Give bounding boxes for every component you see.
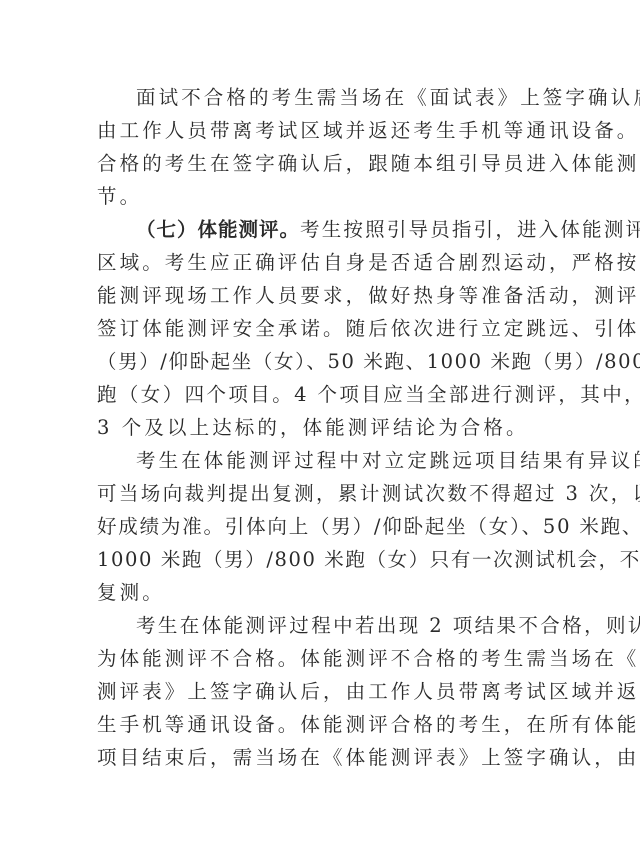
text-line: 为体能测评不合格。体能测评不合格的考生需当场在《体能 [97, 643, 547, 675]
subsection-line: （七）体能测评。考生按照引导员指引，进入体能测评 [136, 214, 547, 246]
text-line: 好成绩为准。引体向上（男）/仰卧起坐（女）、50 米跑、 [97, 511, 547, 543]
text-line: 面试不合格的考生需当场在《面试表》上签字确认后， [136, 82, 547, 114]
text-line: 区域。考生应正确评估自身是否适合剧烈运动，严格按照体 [97, 247, 547, 279]
text-line: 可当场向裁判提出复测，累计测试次数不得超过 3 次，以最 [97, 478, 547, 510]
text-line: 3 个及以上达标的，体能测评结论为合格。 [97, 412, 547, 444]
text-line: 跑（女）四个项目。4 个项目应当全部进行测评，其中，有 [97, 379, 547, 411]
text-line: 生手机等通讯设备。体能测评合格的考生，在所有体能测评 [97, 709, 547, 741]
text-line: 由工作人员带离考试区域并返还考生手机等通讯设备。面试 [97, 115, 547, 147]
subsection-title: （七）体能测评。 [136, 218, 300, 241]
document-page: 面试不合格的考生需当场在《面试表》上签字确认后， 由工作人员带离考试区域并返还考… [0, 0, 640, 864]
text-line: 考生在体能测评过程中对立定跳远项目结果有异议的， [136, 445, 547, 477]
text-line: 节。 [97, 181, 547, 213]
text-line: 签订体能测评安全承诺。随后依次进行立定跳远、引体向上 [97, 313, 547, 345]
text-line: 项目结束后，需当场在《体能测评表》上签字确认，由工作 [97, 742, 547, 774]
text-line: 测评表》上签字确认后，由工作人员带离考试区域并返还考 [97, 676, 547, 708]
text-line: 能测评现场工作人员要求，做好热身等准备活动，测评前须 [97, 280, 547, 312]
text-line: 复测。 [97, 577, 547, 609]
text-line: （男）/仰卧起坐（女）、50 米跑、1000 米跑（男）/800 米 [97, 346, 547, 378]
text-line: 考生在体能测评过程中若出现 2 项结果不合格，则认定 [136, 610, 547, 642]
text-line: 合格的考生在签字确认后，跟随本组引导员进入体能测评环 [97, 148, 547, 180]
text-line: 1000 米跑（男）/800 米跑（女）只有一次测试机会，不得 [97, 544, 547, 576]
text-span: 考生按照引导员指引，进入体能测评 [300, 218, 640, 241]
